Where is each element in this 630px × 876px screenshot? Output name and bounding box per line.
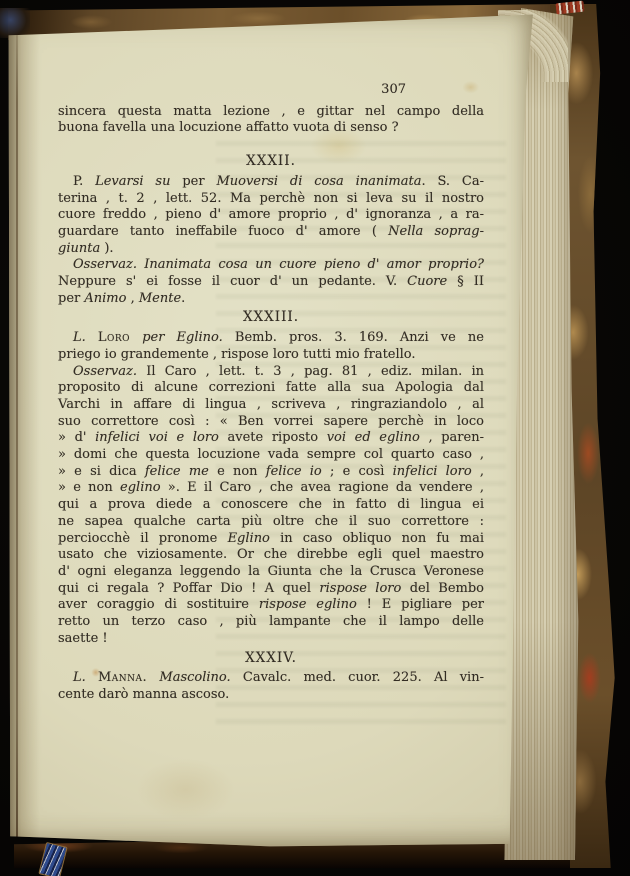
text-line: usato che viziosamente. Or che direbbe e… [58,547,484,564]
text-segment: , paren- [420,430,484,445]
text-line: L. Loro per Eglino. Bemb. pros. 3. 169. … [58,330,484,347]
text-segment: e non [209,464,266,479]
text-segment: Muoversi di cosa inanimata [216,174,421,189]
text-line: retto un terzo caso , più lampante che i… [58,614,484,631]
text-segment: ne sapea qualche carta più oltre che il … [58,514,484,529]
text-line: qui ci regala ? Poffar Dio ! A quel risp… [58,581,484,598]
text-segment: d' ogni eleganza leggendo la Giunta che … [58,564,484,579]
text-line: d' ogni eleganza leggendo la Giunta che … [58,564,484,581]
text-segment: in caso obliquo non fu mai [270,531,484,546]
text-segment: XXXIV. [245,650,297,666]
text-line: » domi che questa locuzione vada sempre … [58,447,484,464]
spine-corner-shadow [0,8,30,38]
text-segment: Osservaz. Inanimata cosa un cuore pieno … [73,257,484,272]
text-segment: Eglino. [177,330,223,345]
text-line: cuore freddo , pieno d' amore proprio , … [58,207,484,224]
text-segment: buona favella una locuzione affatto vuot… [58,120,399,135]
text-segment [164,330,176,345]
page-gutter-shadow [6,12,40,848]
text-segment: Cavalc. med. cuor. 225. Al vin- [231,670,484,685]
text-segment: Nella soprag- [388,224,484,239]
text-segment: L. [73,670,86,685]
text-segment: XXXII. [246,153,296,169]
text-line: cente darò manna ascoso. [58,687,484,704]
text-segment [86,330,98,345]
text-segment: per [142,330,164,345]
text-segment: suo correttore così : « Ben vorrei saper… [58,414,484,429]
text-segment: cente darò manna ascoso. [58,687,229,702]
text-line: Varchi in affare di lingua , scriveva , … [58,397,484,414]
text-segment: per [58,291,84,306]
text-line: giunta ). [58,241,484,258]
book-photo: 307sincera questa matta lezione , e gitt… [0,0,630,876]
text-line: terina , t. 2 , lett. 52. Ma perchè non … [58,191,484,208]
page-text-block: 307sincera questa matta lezione , e gitt… [58,82,484,704]
text-segment: rispose eglino [259,597,357,612]
text-segment: perciocchè il pronome [58,531,228,546]
text-segment: . [181,291,185,306]
text-segment: Osservaz. [73,364,137,379]
text-segment: proposito di alcune correzioni fatte all… [58,380,484,395]
text-segment: » e si dica [58,464,145,479]
text-segment: Levarsi su [95,174,170,189]
text-segment: Cuore [407,274,447,289]
text-segment: ). [100,241,113,256]
section-heading: XXXIV. [58,650,484,667]
text-segment: Varchi in affare di lingua , scriveva , … [58,397,484,412]
text-segment [86,670,98,685]
text-segment: giunta [58,241,100,256]
text-segment: , [126,291,138,306]
text-segment: Il Caro , lett. t. 3 , pag. 81 , ediz. m… [137,364,484,379]
text-line: guardare tanto ineffabile fuoco d' amore… [58,224,484,241]
book-page: 307sincera questa matta lezione , e gitt… [6,12,534,848]
text-line: Osservaz. Il Caro , lett. t. 3 , pag. 81… [58,364,484,381]
text-segment: qui a prova diede a conoscere che in fat… [58,497,484,512]
text-segment: aver coraggio di sostituire [58,597,259,612]
text-segment: » domi che questa locuzione vada sempre … [58,447,484,462]
text-segment: § II [447,274,484,289]
text-segment [147,670,159,685]
text-segment: avete riposto [219,430,327,445]
text-segment: Manna. [98,670,147,685]
text-segment: rispose loro [319,581,401,596]
text-line: priego io grandemente , rispose loro tut… [58,347,484,364]
text-segment: Neppure s' ei fosse il cuor d' un pedant… [58,274,407,289]
text-segment: felice me [145,464,209,479]
text-line: qui a prova diede a conoscere che in fat… [58,497,484,514]
text-segment: eglino [120,480,161,495]
text-segment: guardare tanto ineffabile fuoco d' amore… [58,224,388,239]
text-segment: Animo [84,291,126,306]
text-line: Neppure s' ei fosse il cuor d' un pedant… [58,274,484,291]
section-heading: XXXII. [58,153,484,170]
text-segment: per [170,174,216,189]
text-line: P. Levarsi su per Muoversi di cosa inani… [58,174,484,191]
text-segment: infelici loro [393,464,472,479]
text-segment: voi ed eglino [327,430,420,445]
text-line: » d' infelici voi e loro avete riposto v… [58,430,484,447]
text-segment: Bemb. pros. 3. 169. Anzi ve ne [223,330,484,345]
text-line: saette ! [58,631,484,648]
page-gutter-crease [16,20,18,839]
text-segment: felice io [266,464,322,479]
text-segment: qui ci regala ? Poffar Dio ! A quel [58,581,319,596]
text-segment: terina , t. 2 , lett. 52. Ma perchè non … [58,191,484,206]
text-segment: Eglino [228,531,270,546]
text-segment: ; e così [322,464,393,479]
text-line: per Animo , Mente. [58,291,484,308]
text-segment: saette ! [58,631,108,646]
text-segment: retto un terzo caso , più lampante che i… [58,614,484,629]
text-segment: del Bembo [401,581,484,596]
text-segment: ». E il Caro , che avea ragione da vende… [161,480,484,495]
text-segment: » d' [58,430,95,445]
text-line: sincera questa matta lezione , e gittar … [58,104,484,121]
section-heading: XXXIII. [58,309,484,326]
text-line: » e non eglino ». E il Caro , che avea r… [58,480,484,497]
text-segment: ! E pigliare per [357,597,484,612]
page-number: 307 [58,82,484,99]
text-segment: . S. Ca- [421,174,484,189]
text-segment: Mente [139,291,181,306]
text-line: aver coraggio di sostituire rispose egli… [58,597,484,614]
text-segment: infelici voi e loro [95,430,219,445]
text-segment: P. [73,174,95,189]
text-segment: Mascolino. [159,670,230,685]
text-segment: XXXIII. [243,309,299,325]
text-segment: sincera questa matta lezione , e gittar … [58,104,484,119]
text-line: ne sapea qualche carta più oltre che il … [58,514,484,531]
text-segment: L. [73,330,86,345]
text-segment: Loro [98,330,130,345]
text-segment: usato che viziosamente. Or che direbbe e… [58,547,484,562]
text-line: » e si dica felice me e non felice io ; … [58,464,484,481]
text-line: perciocchè il pronome Eglino in caso obl… [58,531,484,548]
text-segment [130,330,142,345]
text-line: Osservaz. Inanimata cosa un cuore pieno … [58,257,484,274]
text-line: buona favella una locuzione affatto vuot… [58,120,484,137]
text-segment: » e non [58,480,120,495]
text-segment: , [472,464,484,479]
text-segment: priego io grandemente , rispose loro tut… [58,347,416,362]
text-segment: 307 [381,82,406,97]
text-line: L. Manna. Mascolino. Cavalc. med. cuor. … [58,670,484,687]
text-line: suo correttore così : « Ben vorrei saper… [58,414,484,431]
text-line: proposito di alcune correzioni fatte all… [58,380,484,397]
text-segment: cuore freddo , pieno d' amore proprio , … [58,207,484,222]
